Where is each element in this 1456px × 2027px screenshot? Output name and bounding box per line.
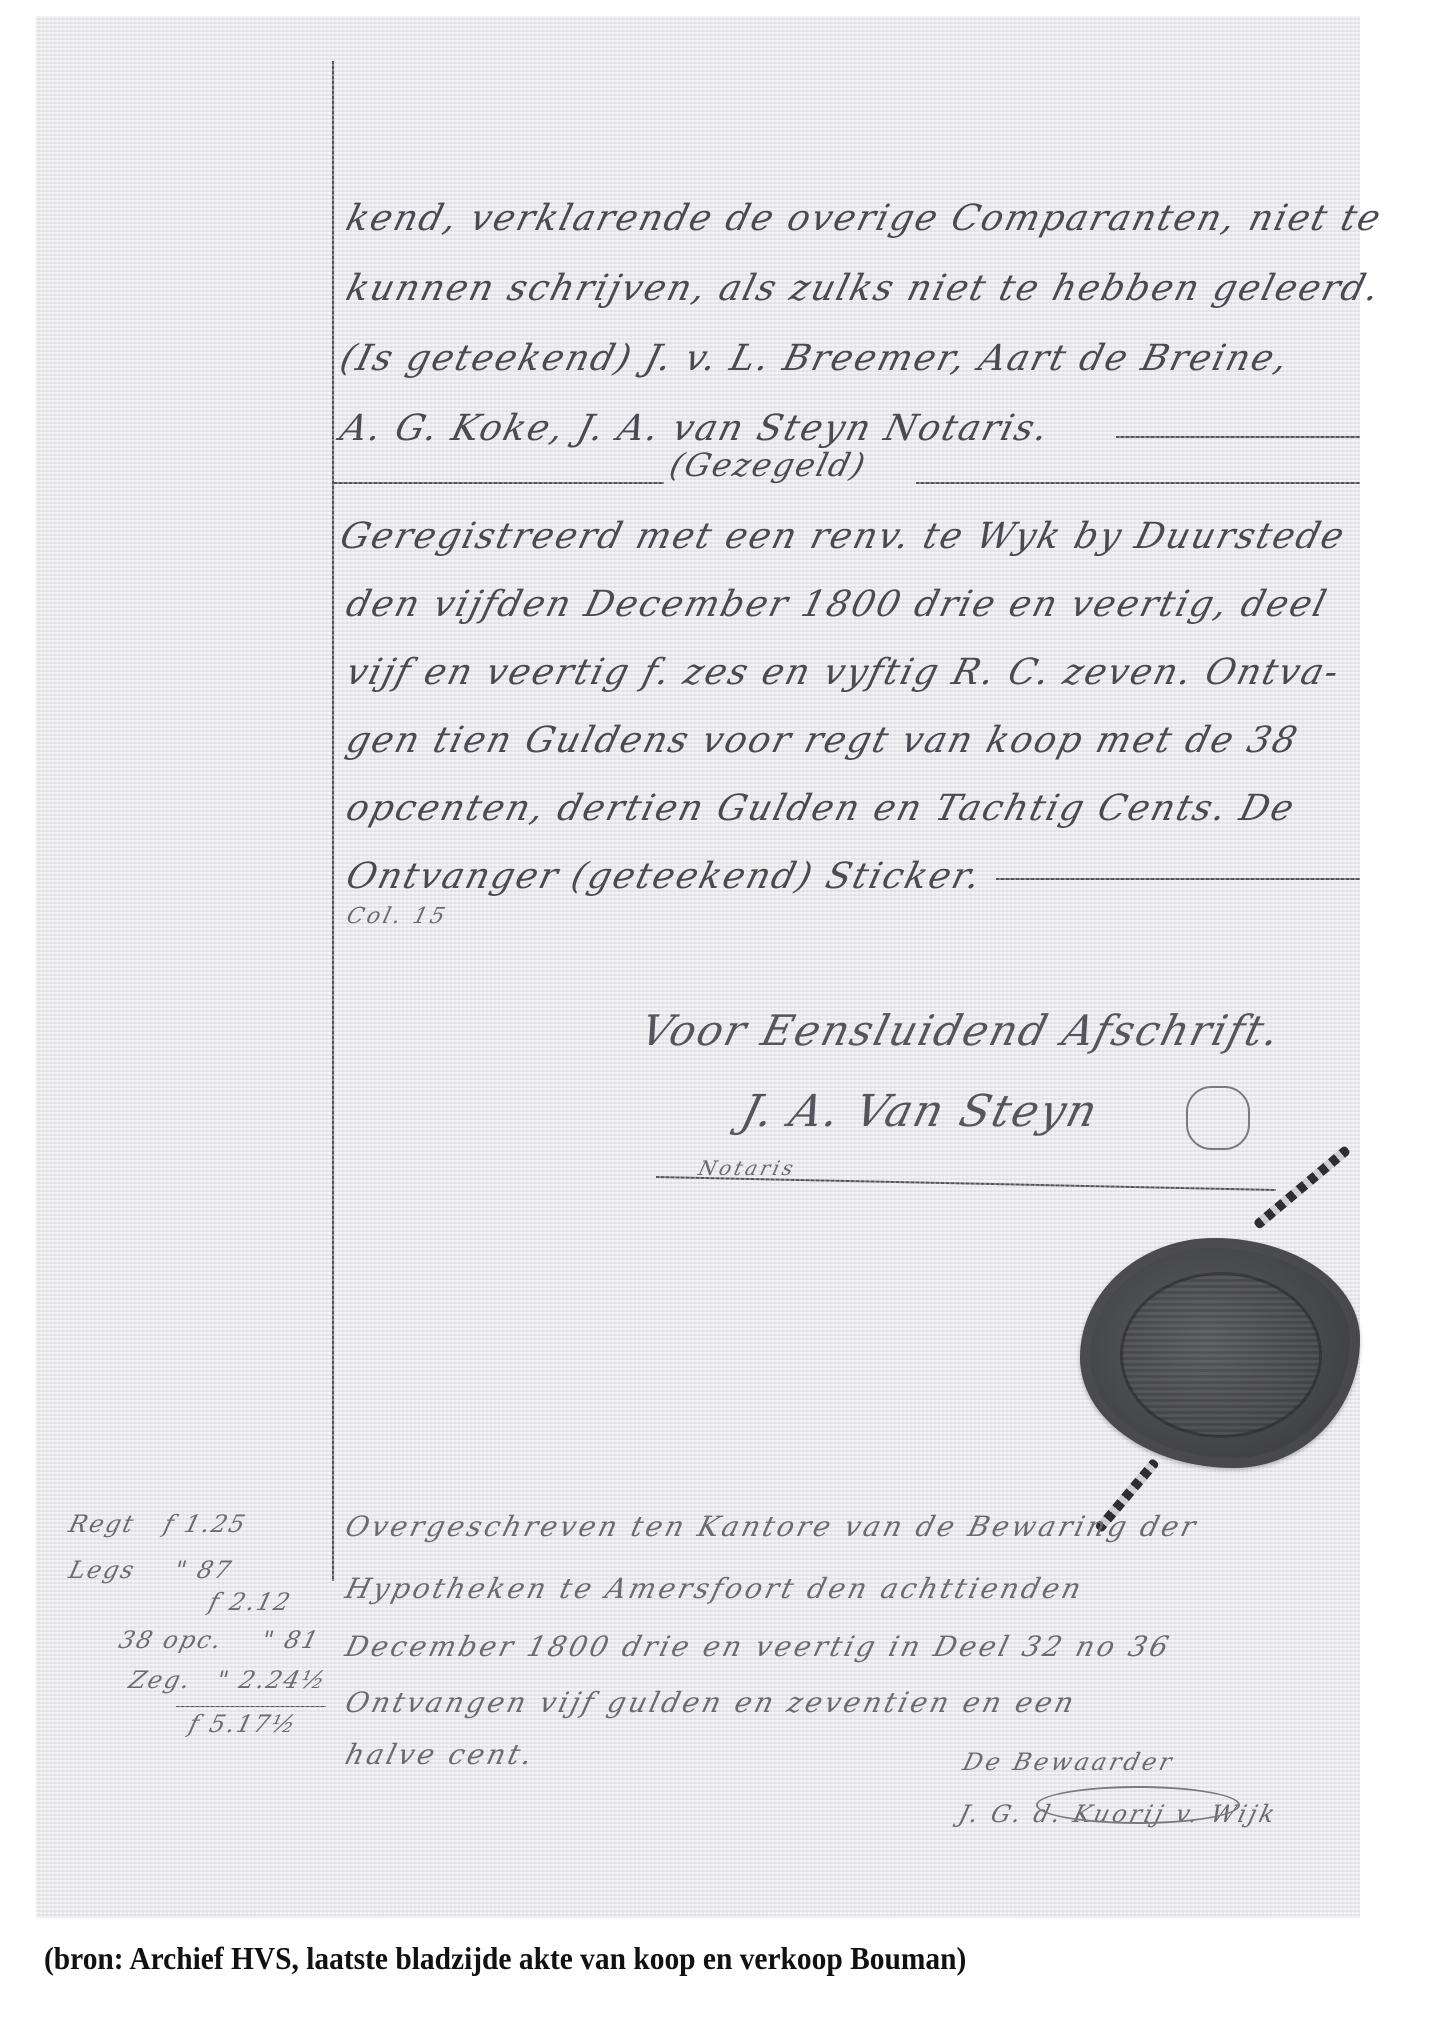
fee-row-5: Zeg. " 2.24½	[126, 1666, 330, 1694]
fee-value: " 81	[259, 1626, 323, 1654]
figure-caption: (bron: Archief HVS, laatste bladzijde ak…	[44, 1940, 966, 1977]
registration-end-rule	[996, 878, 1360, 880]
registration-line-6: Ontvanger (geteekend) Sticker.	[342, 856, 986, 897]
text-line-2: kunnen schrijven, als zulks niet te hebb…	[342, 268, 1385, 309]
notary-signature: J. A. Van Steyn	[736, 1086, 1104, 1137]
bewaarder-flourish	[1036, 1786, 1240, 1824]
fee-value: f 1.25	[161, 1510, 250, 1538]
separator-left	[334, 482, 664, 484]
text-line-1: kend, verklarende de overige Comparanten…	[342, 198, 1386, 239]
separator-right	[916, 482, 1360, 484]
registration-line-3: vijf en veertig f. zes en vyftig R. C. z…	[342, 652, 1344, 693]
fee-row-2: Legs " 87	[66, 1556, 236, 1584]
signature-underline	[656, 1176, 1276, 1191]
fee-label: Zeg.	[126, 1666, 195, 1694]
certification-line: Voor Eensluidend Afschrift.	[636, 1006, 1286, 1055]
registration-line-1: Geregistreerd met een renv. te Wyk by Du…	[336, 516, 1350, 557]
fee-subtotal: f 2.12	[206, 1588, 295, 1616]
registration-line-4: gen tien Guldens voor regt van koop met …	[342, 720, 1303, 761]
fee-total: f 5.17½	[186, 1710, 300, 1738]
wax-seal	[1080, 1238, 1360, 1468]
fee-value: " 2.24½	[214, 1666, 330, 1694]
text-line-4: A. G. Koke, J. A. van Steyn Notaris.	[336, 408, 1054, 449]
fee-label: 38 opc.	[116, 1626, 226, 1654]
mortgage-line-4: Ontvangen vijf gulden en zeventien en ee…	[342, 1686, 1080, 1719]
line-end-rule	[1116, 436, 1360, 438]
bewaarder-title: De Bewaarder	[960, 1748, 1178, 1776]
fee-row-4: 38 opc. " 81	[116, 1626, 323, 1654]
signature-flourish	[1186, 1086, 1250, 1150]
text-line-3: (Is geteekend) J. v. L. Breemer, Aart de…	[336, 338, 1294, 379]
mortgage-line-1: Overgeschreven ten Kantore van de Bewari…	[342, 1510, 1202, 1543]
fee-sum-rule	[176, 1706, 326, 1707]
fee-row-1: Regt f 1.25	[66, 1510, 250, 1538]
margin-note-col: Col. 15	[344, 904, 450, 929]
margin-vertical-rule	[332, 61, 334, 1581]
scanned-document-page: kend, verklarende de overige Comparanten…	[36, 16, 1360, 1918]
wax-seal-impression	[1120, 1272, 1322, 1438]
mortgage-line-5: halve cent.	[342, 1738, 539, 1771]
mortgage-line-3: December 1800 drie en veertig in Deel 32…	[342, 1630, 1175, 1663]
section-heading: (Gezegeld)	[666, 446, 871, 484]
mortgage-line-2: Hypotheken te Amersfoort den achttienden	[342, 1572, 1087, 1605]
registration-line-2: den vijfden December 1800 drie en veerti…	[342, 584, 1332, 625]
registration-line-5: opcenten, dertien Gulden en Tachtig Cent…	[342, 788, 1300, 829]
fee-label: Regt	[66, 1510, 138, 1538]
fee-value: " 87	[171, 1556, 235, 1584]
fee-label: Legs	[66, 1556, 139, 1584]
seal-cord-top	[1253, 1145, 1351, 1230]
